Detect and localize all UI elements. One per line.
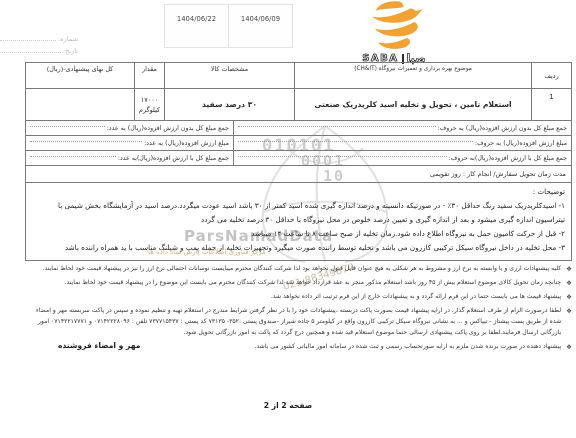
inquiry-table: ردیف موضوع بهره برداری و تعمیرات نیروگاه…	[25, 62, 572, 261]
deadline-date-cell: 1404/06/22	[165, 5, 229, 47]
diamond-bullet-icon: ❖	[566, 306, 572, 338]
fill-in-line	[30, 141, 142, 142]
term-text: چنانچه زمان تحویل کالای موضوع استعلام بی…	[25, 278, 561, 289]
item-quantity-unit: کیلوگرم	[139, 106, 160, 114]
col-header-subject: موضوع بهره برداری و تعمیرات نیروگاه (CH&…	[294, 63, 531, 89]
col-header-qty: مقدار	[134, 63, 164, 89]
item-quantity: ۱۷۰۰۰ کیلوگرم	[134, 89, 164, 121]
sum-words-half: جمع مبلغ کل با ارزش افزوده(ریال)به حروف:	[233, 151, 571, 165]
term-item: ❖ پیشنهاد قیمت ها می بایست حتما در این ف…	[25, 292, 572, 303]
item-row-no: 1	[531, 89, 571, 121]
sum-digits-label: جمع مبلغ کل بدون ارزش افزوده(ریال) به عد…	[107, 125, 229, 132]
sum-digits-label: جمع مبلغ کل با ارزش افزوده(ریال)به عدد:	[118, 155, 229, 162]
inquiry-document-page: 010101 0001 10 ParsNamadData مرکز فناوری…	[0, 0, 576, 438]
notes-section: توضیحات : ۱- اسیدکلریدریک سفید رنگ حداقل…	[26, 183, 571, 260]
note-line: ۳- محل تخلیه در داخل نیروگاه سیکل ترکیبی…	[32, 241, 565, 255]
item-price-cell	[26, 89, 134, 121]
term-item: ❖ کلیه پیشنهادات ارزی و یا وابسته به نرخ…	[25, 264, 572, 275]
sum-words-label: جمع مبلغ کل بدون ارزش افزوده(ریال) به حر…	[438, 125, 567, 132]
sum-digits-half: جمع مبلغ کل بدون ارزش افزوده(ریال) به عد…	[26, 121, 233, 135]
sum-digits-label: مبلغ ارزش افزوده(ریال) به عدد:	[144, 140, 229, 147]
saba-logo-icon	[355, 0, 433, 50]
vat-amount-row: مبلغ ارزش افزوده(ریال) به حروف: مبلغ ارز…	[26, 136, 571, 151]
date-row: تاریخ:	[0, 43, 78, 55]
table-row: 1 استعلام تامین ، تحویل و تخلیه اسید کلر…	[26, 89, 571, 121]
serial-block: شماره: تاریخ:	[0, 31, 78, 55]
diamond-bullet-icon: ❖	[566, 278, 572, 289]
serial-row: شماره:	[0, 31, 78, 43]
delivery-time-row: مدت زمان تحویل سفارش/ انجام کار : روز تق…	[26, 166, 571, 183]
diamond-bullet-icon: ❖	[566, 342, 572, 353]
term-item: ❖ چنانچه زمان تحویل کالای موضوع استعلام …	[25, 278, 572, 289]
date-dotted-line	[0, 52, 61, 53]
item-subject: استعلام تامین ، تحویل و تخلیه اسید کلرید…	[294, 89, 531, 121]
deadline-date-table: 1404/06/22 1404/06/09	[164, 4, 293, 48]
fill-in-line	[238, 141, 473, 142]
sum-words-half: جمع مبلغ کل بدون ارزش افزوده(ریال) به حر…	[233, 121, 571, 135]
note-line: ۲- قبل از حرکت کامیون حمل به نیروگاه اطل…	[32, 227, 565, 241]
item-spec: ۳۰ درصد سفید	[164, 89, 294, 121]
sum-row-without-vat: جمع مبلغ کل بدون ارزش افزوده(ریال) به حر…	[26, 121, 571, 136]
term-item: ❖ لطفا درصورت الزام از طرف استعلام گذار،…	[25, 306, 572, 338]
term-text: پیشنهاد قیمت ها می بایست حتما در این فرم…	[25, 292, 561, 303]
diamond-bullet-icon: ❖	[566, 264, 572, 275]
sum-digits-half: جمع مبلغ کل با ارزش افزوده(ریال)به عدد:	[26, 151, 233, 165]
sum-digits-half: مبلغ ارزش افزوده(ریال) به عدد:	[26, 136, 233, 150]
company-logo: SABA صبا	[338, 0, 450, 65]
serial-label: شماره:	[58, 35, 78, 43]
fill-in-line	[238, 156, 447, 157]
table-header-row: ردیف موضوع بهره برداری و تعمیرات نیروگاه…	[26, 63, 571, 89]
sum-words-label: مبلغ ارزش افزوده(ریال) به حروف:	[475, 140, 567, 147]
notes-title: توضیحات :	[32, 187, 565, 196]
issue-date-cell: 1404/06/09	[229, 5, 292, 47]
fill-in-line	[30, 156, 116, 157]
sum-row-with-vat: جمع مبلغ کل با ارزش افزوده(ریال)به حروف:…	[26, 151, 571, 166]
fill-in-line	[30, 126, 105, 127]
term-text: کلیه پیشنهادات ارزی و یا وابسته به نرخ ا…	[25, 264, 561, 275]
col-header-spec: مشخصات کالا	[164, 63, 294, 89]
page-number: صفحه 2 از 2	[0, 401, 576, 410]
item-quantity-value: ۱۷۰۰۰	[141, 96, 158, 104]
fill-in-line	[238, 126, 436, 127]
sum-words-half: مبلغ ارزش افزوده(ریال) به حروف:	[233, 136, 571, 150]
serial-dotted-line	[0, 40, 56, 41]
term-text: لطفا درصورت الزام از طرف استعلام گذار، د…	[25, 306, 561, 338]
seller-signature-label: مهر و امضاء فروشنده	[58, 341, 140, 350]
col-header-price: کل بهای پیشنهادی-(ریال)	[26, 63, 134, 89]
diamond-bullet-icon: ❖	[566, 292, 572, 303]
date-label: تاریخ:	[63, 47, 78, 55]
col-header-row-no: ردیف	[531, 63, 571, 89]
note-line: ۱- اسیدکلریدریک سفید رنگ حداقل ۳۰٪ - در …	[32, 199, 565, 227]
sum-words-label: جمع مبلغ کل با ارزش افزوده(ریال)به حروف:	[449, 155, 567, 162]
